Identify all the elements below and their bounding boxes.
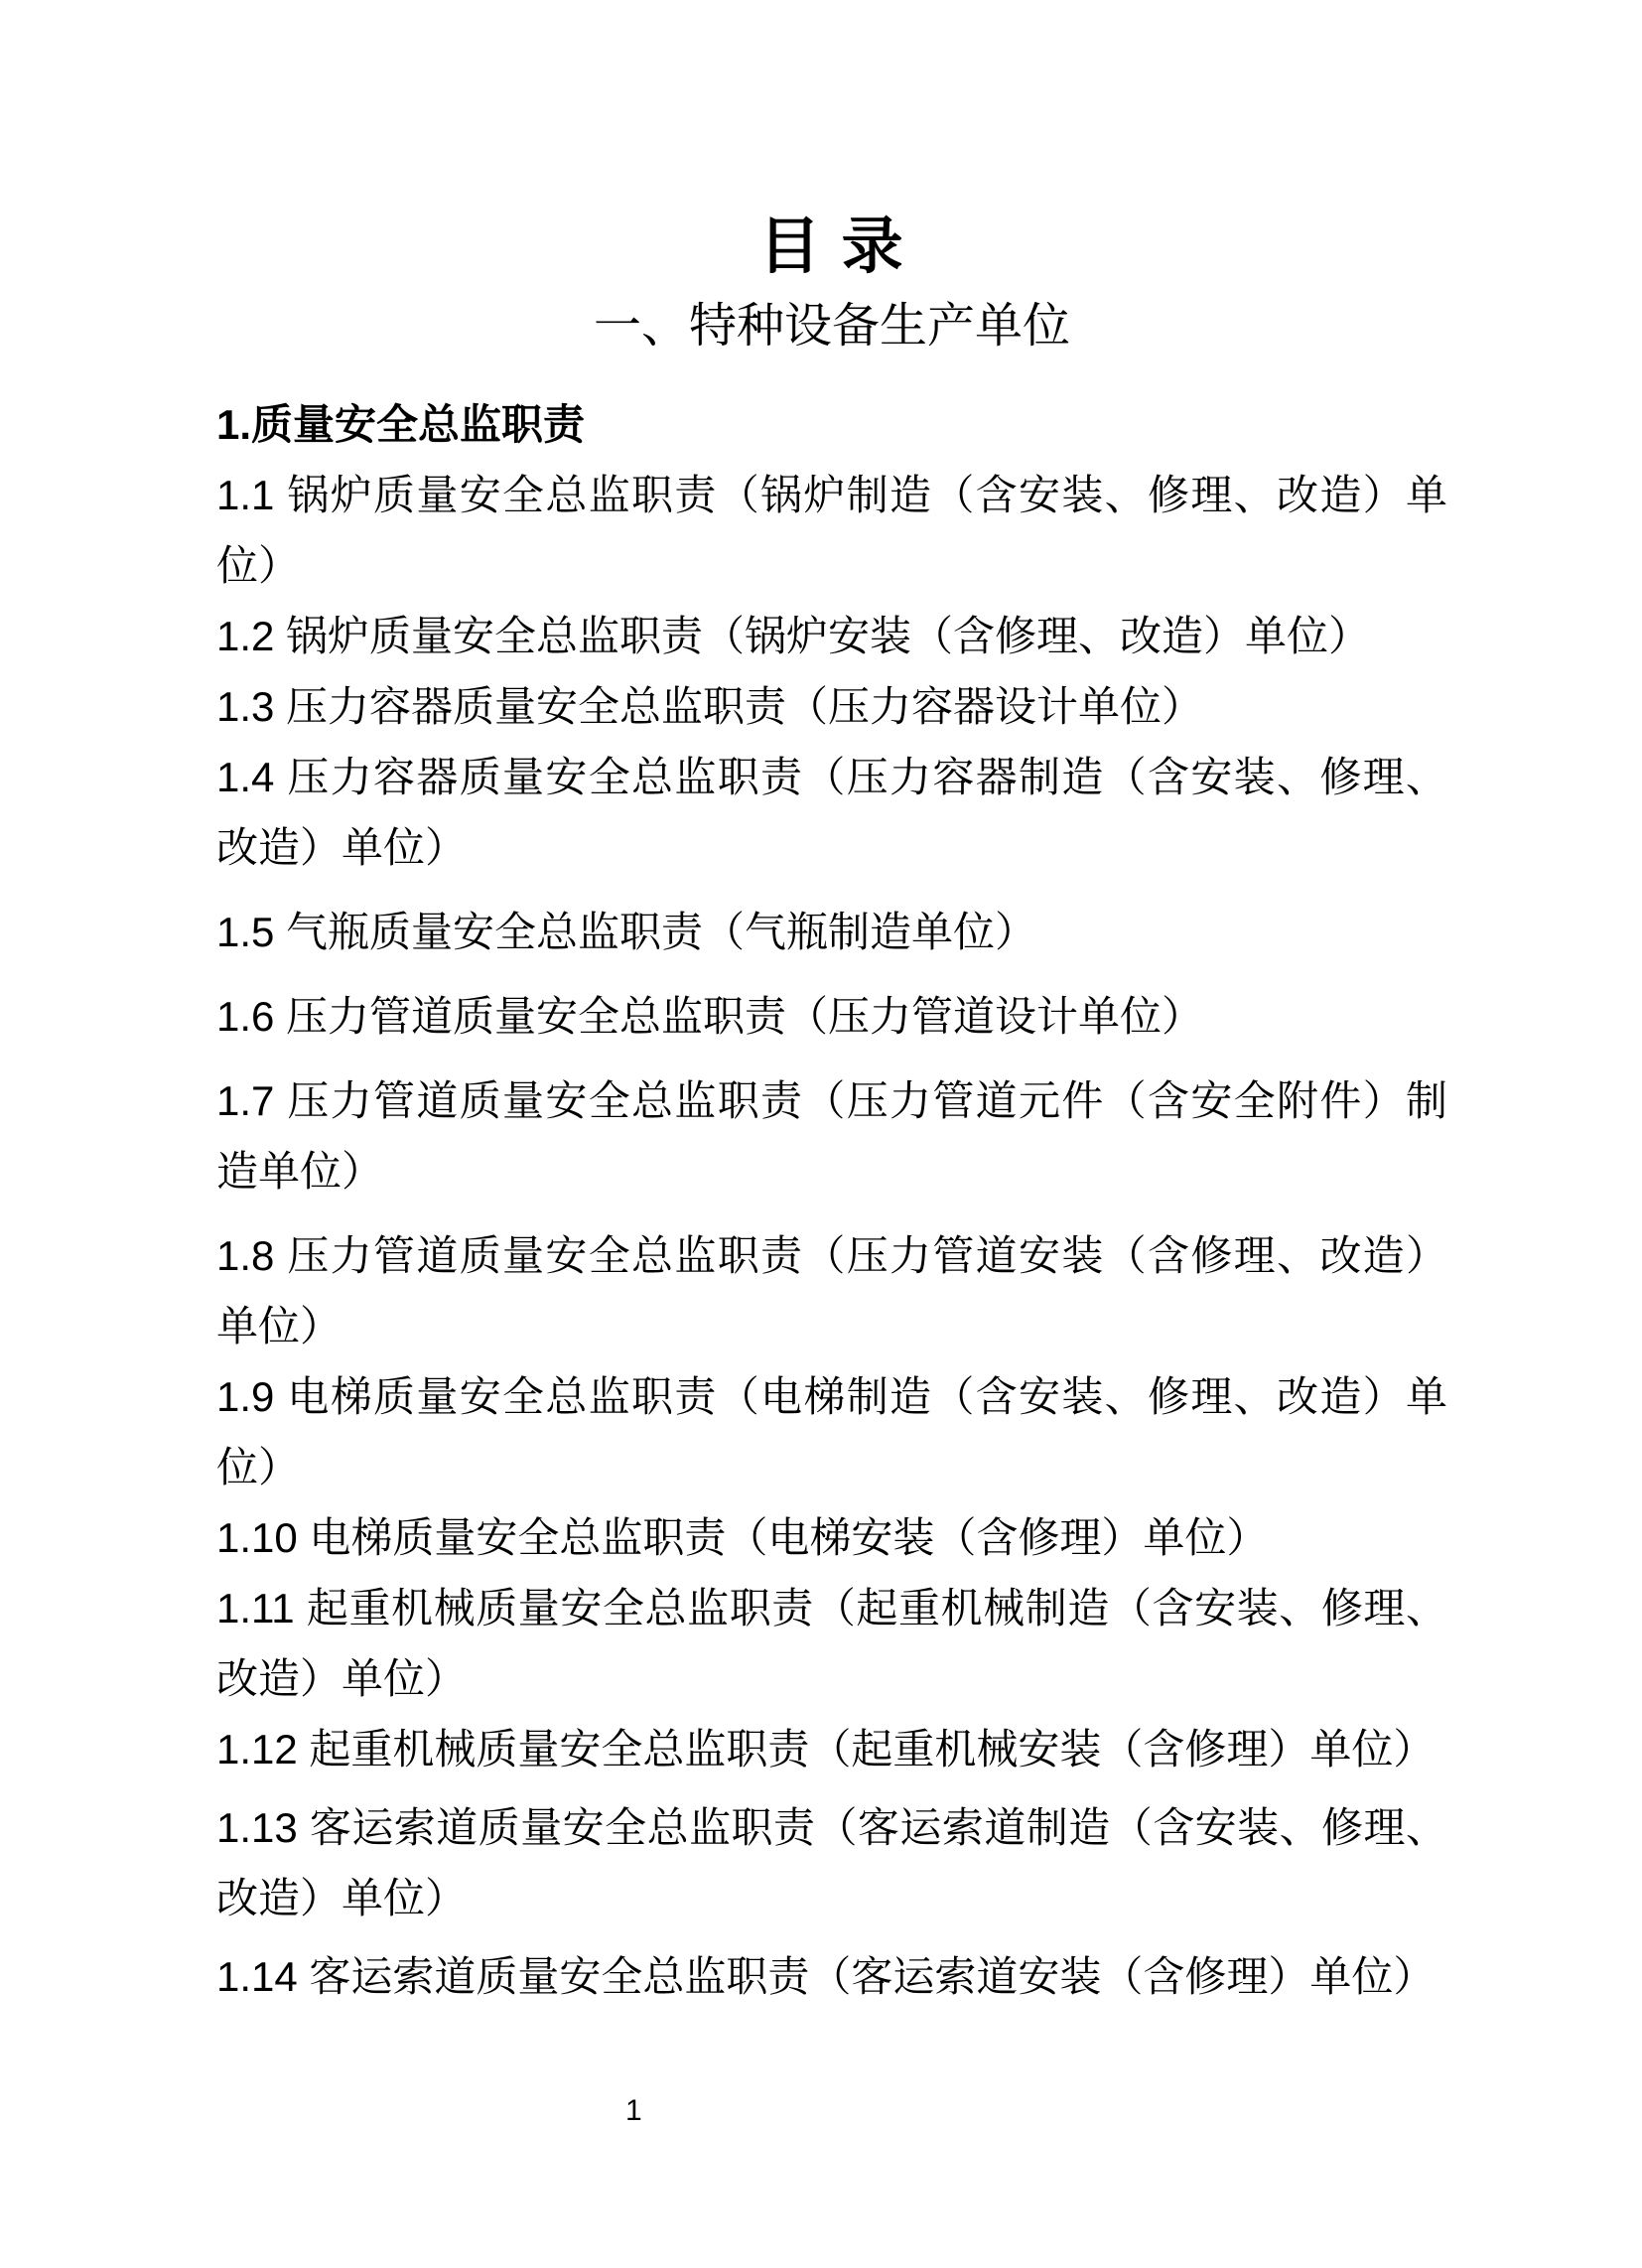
toc-item: 1.7 压力管道质量安全总监职责（压力管道元件（含安全附件）制造单位）: [216, 1065, 1447, 1206]
page-title: 目 录: [216, 0, 1447, 284]
toc-item: 1.8 压力管道质量安全总监职责（压力管道安装（含修理、改造）单位）: [216, 1220, 1447, 1361]
toc-item: 1.11 起重机械质量安全总监职责（起重机械制造（含安装、修理、改造）单位）: [216, 1573, 1447, 1714]
toc-item: 1.1 锅炉质量安全总监职责（锅炉制造（含安装、修理、改造）单位）: [216, 460, 1447, 601]
toc-item: 1.12 起重机械质量安全总监职责（起重机械安装（含修理）单位）: [216, 1714, 1447, 1784]
page-number: 1: [625, 2093, 642, 2129]
toc-item: 1.13 客运索道质量安全总监职责（客运索道制造（含安装、修理、改造）单位）: [216, 1792, 1447, 1933]
toc-item: 1.6 压力管道质量安全总监职责（压力管道设计单位）: [216, 981, 1447, 1052]
toc-item: 1.5 气瓶质量安全总监职责（气瓶制造单位）: [216, 897, 1447, 967]
toc-item: 1.14 客运索道质量安全总监职责（客运索道安装（含修理）单位）: [216, 1941, 1447, 2012]
toc-item: 1.3 压力容器质量安全总监职责（压力容器设计单位）: [216, 671, 1447, 742]
toc-item: 1.10 电梯质量安全总监职责（电梯安装（含修理）单位）: [216, 1502, 1447, 1573]
toc-heading: 1.质量安全总监职责: [216, 389, 1447, 460]
section-title: 一、特种设备生产单位: [216, 298, 1447, 355]
toc-item: 1.4 压力容器质量安全总监职责（压力容器制造（含安装、修理、改造）单位）: [216, 742, 1447, 883]
toc-item: 1.9 电梯质量安全总监职责（电梯制造（含安装、修理、改造）单位）: [216, 1361, 1447, 1502]
document-content: 目 录 一、特种设备生产单位 1.质量安全总监职责 1.1 锅炉质量安全总监职责…: [216, 0, 1447, 2012]
document-page: 目 录 一、特种设备生产单位 1.质量安全总监职责 1.1 锅炉质量安全总监职责…: [0, 0, 1642, 2268]
toc-item: 1.2 锅炉质量安全总监职责（锅炉安装（含修理、改造）单位）: [216, 601, 1447, 671]
